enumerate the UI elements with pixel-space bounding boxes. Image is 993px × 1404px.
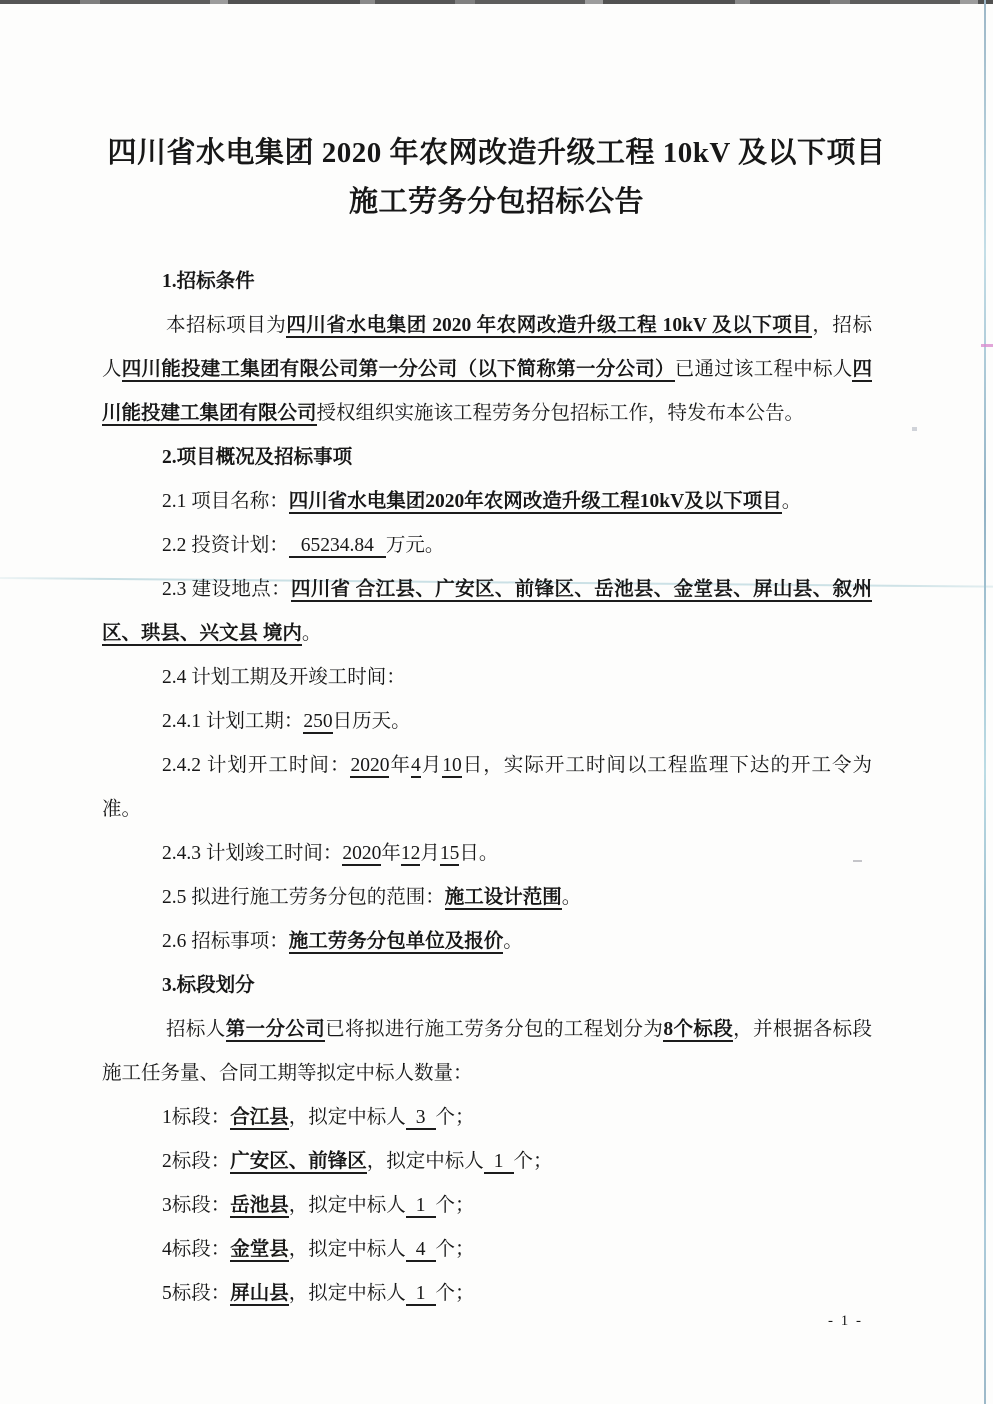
item-investment-plan: 2.2 投资计划：65234.84万元。	[102, 524, 872, 568]
lot-item-3: 3标段：岳池县，拟定中标人1个；	[102, 1184, 872, 1228]
item-planned-duration: 2.4.1 计划工期：250日历天。	[102, 700, 872, 744]
lot-item-2: 2标段：广安区、前锋区，拟定中标人1个；	[102, 1140, 872, 1184]
text-run: ，拟定中标人	[289, 1239, 406, 1260]
item-label: 2.1 项目名称：	[162, 491, 289, 512]
underlined-lot-count: 8个标段	[663, 1019, 733, 1042]
underlined-lot-area: 广安区、前锋区	[230, 1151, 367, 1174]
underlined-lot-area: 岳池县	[230, 1195, 289, 1218]
text-run: 。	[782, 491, 802, 512]
page-number: - 1 -	[828, 1313, 863, 1330]
underlined-project-name: 四川省水电集团 2020 年农网改造升级工程 10kV 及以下项目	[286, 315, 812, 338]
lot-label: 1标段：	[162, 1107, 230, 1128]
text-run: 招标人	[166, 1019, 226, 1040]
text-run: 月	[421, 755, 443, 776]
section-3-paragraph: 招标人第一分公司已将拟进行施工劳务分包的工程划分为8个标段，并根据各标段施工任务…	[102, 1008, 872, 1096]
underlined-investment-amount: 65234.84	[289, 535, 386, 558]
underlined-year: 2020	[350, 755, 389, 778]
lot-item-5: 5标段：屏山县，拟定中标人1个；	[102, 1272, 872, 1316]
text-run: 。	[302, 623, 322, 644]
underlined-tenderer-name: 四川能投建工集团有限公司第一分公司（以下简称第一分公司）	[122, 359, 675, 382]
text-run: 日。	[459, 843, 498, 864]
section-3-heading: 3.标段划分	[102, 964, 872, 1008]
underlined-year: 2020	[342, 843, 381, 866]
text-run: 日历天。	[333, 711, 411, 732]
text-run: 个；	[436, 1283, 475, 1304]
underlined-day: 15	[440, 843, 460, 866]
underlined-tender-matter: 施工劳务分包单位及报价	[289, 931, 504, 954]
item-label: 2.3 建设地点：	[162, 579, 291, 600]
text-run: 月	[420, 843, 440, 864]
item-planned-completion-date: 2.4.3 计划竣工时间：2020年12月15日。	[102, 832, 872, 876]
underlined-project-name: 四川省水电集团2020年农网改造升级工程10kV及以下项目	[289, 491, 782, 514]
underlined-winner-count: 1	[406, 1195, 436, 1218]
item-planned-start-date: 2.4.2 计划开工时间：2020年4月10日，实际开工时间以工程监理下达的开工…	[102, 744, 872, 832]
underlined-winner-count: 3	[406, 1107, 436, 1130]
scan-artifact-top-edge	[0, 0, 993, 4]
item-subcontract-scope: 2.5 拟进行施工劳务分包的范围：施工设计范围。	[102, 876, 872, 920]
section-2-heading: 2.项目概况及招标事项	[102, 436, 872, 480]
document-title: 四川省水电集团 2020 年农网改造升级工程 10kV 及以下项目 施工劳务分包…	[60, 129, 933, 227]
underlined-scope: 施工设计范围	[445, 887, 562, 910]
lot-item-4: 4标段：金堂县，拟定中标人4个；	[102, 1228, 872, 1272]
text-run: 年	[389, 755, 411, 776]
title-line-1: 四川省水电集团 2020 年农网改造升级工程 10kV 及以下项目	[60, 129, 933, 178]
lot-label: 3标段：	[162, 1195, 230, 1216]
underlined-month: 4	[411, 755, 421, 778]
underlined-lot-area: 屏山县	[230, 1283, 289, 1306]
lot-item-1: 1标段：合江县，拟定中标人3个；	[102, 1096, 872, 1140]
section-1-paragraph: 本招标项目为四川省水电集团 2020 年农网改造升级工程 10kV 及以下项目，…	[102, 304, 872, 436]
text-run: ，拟定中标人	[289, 1195, 406, 1216]
underlined-winner-count: 4	[406, 1239, 436, 1262]
item-label: 2.5 拟进行施工劳务分包的范围：	[162, 887, 445, 908]
underlined-lot-area: 合江县	[230, 1107, 289, 1130]
text-run: 万元。	[386, 535, 445, 556]
item-project-name: 2.1 项目名称：四川省水电集团2020年农网改造升级工程10kV及以下项目。	[102, 480, 872, 524]
item-label: 2.4.2 计划开工时间：	[162, 755, 350, 776]
scan-artifact-speck	[912, 427, 917, 431]
scan-artifact-right-line	[984, 0, 986, 1404]
text-run: 个；	[436, 1195, 475, 1216]
underlined-month: 12	[401, 843, 421, 866]
text-run: 已将拟进行施工劳务分包的工程划分为	[325, 1019, 663, 1040]
underlined-duration-days: 250	[303, 711, 332, 734]
text-run: ，拟定中标人	[367, 1151, 484, 1172]
text-run: ，拟定中标人	[289, 1107, 406, 1128]
text-run: 。	[562, 887, 582, 908]
item-label: 2.2 投资计划：	[162, 535, 289, 556]
text-run: 个；	[436, 1107, 475, 1128]
underlined-day: 10	[442, 755, 462, 778]
text-run: 个；	[514, 1151, 553, 1172]
underlined-branch-name: 第一分公司	[226, 1019, 325, 1042]
scan-artifact-magenta-mark	[981, 344, 993, 347]
item-label: 2.4 计划工期及开竣工时间：	[162, 667, 406, 688]
item-schedule-heading: 2.4 计划工期及开竣工时间：	[102, 656, 872, 700]
scanned-document-page: 四川省水电集团 2020 年农网改造升级工程 10kV 及以下项目 施工劳务分包…	[0, 0, 993, 1404]
underlined-winner-count: 1	[406, 1283, 436, 1306]
text-run: 个；	[436, 1239, 475, 1260]
underlined-winner-count: 1	[484, 1151, 514, 1174]
section-1-heading: 1.招标条件	[102, 260, 872, 304]
lot-label: 4标段：	[162, 1239, 230, 1260]
text-run: 授权组织实施该工程劳务分包招标工作，特发布本公告。	[317, 403, 805, 424]
text-run: 年	[381, 843, 401, 864]
item-construction-location: 2.3 建设地点：四川省 合江县、广安区、前锋区、岳池县、金堂县、屏山县、叙州区…	[102, 568, 872, 656]
underlined-lot-area: 金堂县	[230, 1239, 289, 1262]
item-tender-matters: 2.6 招标事项：施工劳务分包单位及报价。	[102, 920, 872, 964]
document-body: 1.招标条件 本招标项目为四川省水电集团 2020 年农网改造升级工程 10kV…	[102, 260, 872, 1316]
title-line-2: 施工劳务分包招标公告	[60, 178, 933, 227]
text-run: 本招标项目为	[166, 315, 286, 336]
item-label: 2.6 招标事项：	[162, 931, 289, 952]
item-label: 2.4.1 计划工期：	[162, 711, 303, 732]
text-run: 已通过该工程中标人	[675, 359, 853, 380]
item-label: 2.4.3 计划竣工时间：	[162, 843, 342, 864]
lot-label: 5标段：	[162, 1283, 230, 1304]
text-run: ，拟定中标人	[289, 1283, 406, 1304]
text-run: 。	[503, 931, 523, 952]
lot-label: 2标段：	[162, 1151, 230, 1172]
